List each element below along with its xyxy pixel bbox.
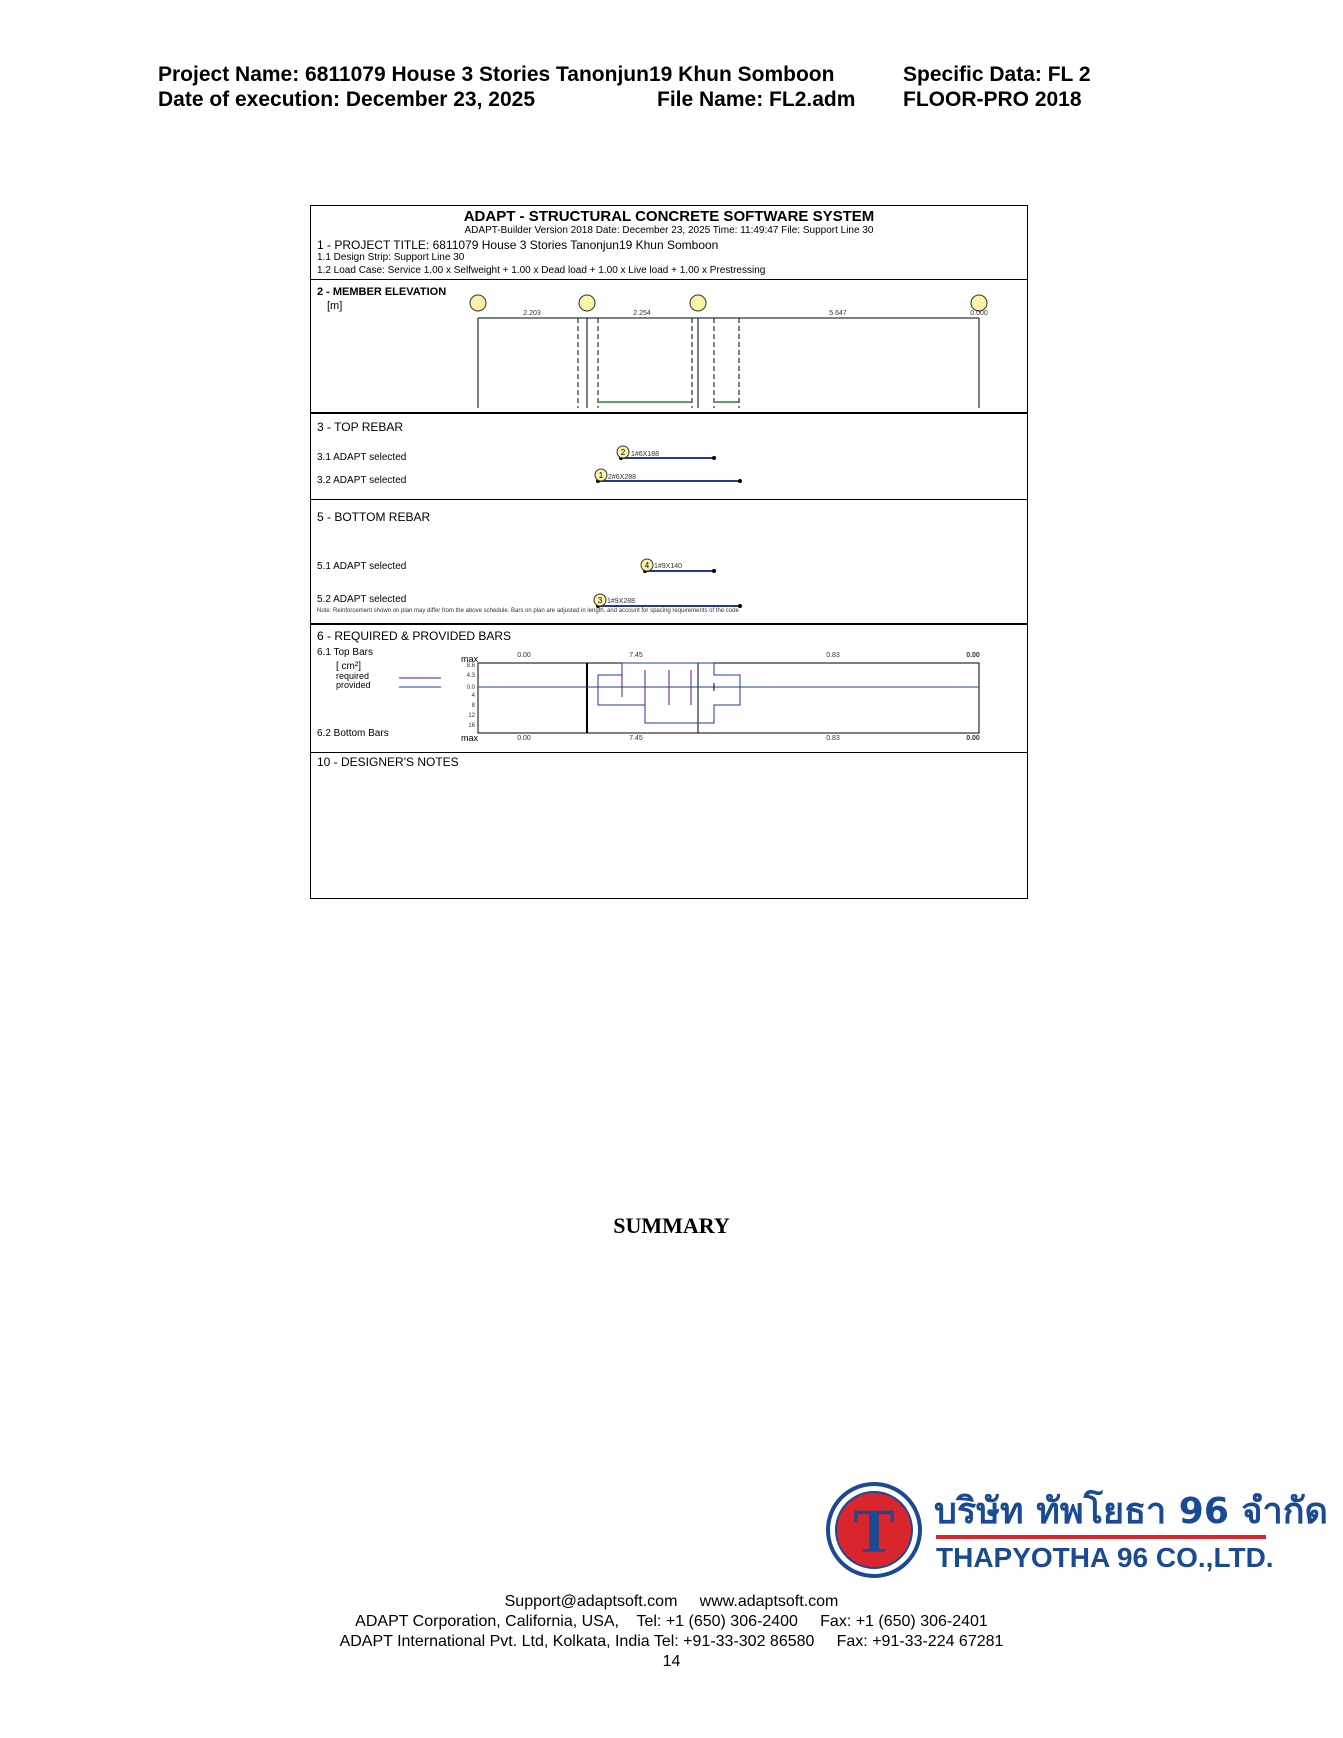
member-elevation-section: 2 - MEMBER ELEVATION [m] 2.203: [311, 280, 1027, 414]
specific-data: Specific Data: FL 2: [903, 62, 1091, 87]
svg-text:7.45: 7.45: [629, 652, 643, 659]
report-subtitle: ADAPT-Builder Version 2018 Date: Decembe…: [311, 225, 1027, 236]
logo-emblem-icon: T: [826, 1480, 926, 1580]
project-name: Project Name: 6811079 House 3 Stories Ta…: [158, 62, 834, 87]
svg-text:0.83: 0.83: [826, 652, 840, 659]
svg-text:4: 4: [472, 693, 476, 699]
svg-text:7.45: 7.45: [629, 735, 643, 742]
project-title: 1 - PROJECT TITLE: 6811079 House 3 Stori…: [317, 238, 718, 252]
svg-text:3: 3: [598, 596, 603, 605]
file-name: File Name: FL2.adm: [657, 87, 855, 112]
bottom-rebar-section: 5 - BOTTOM REBAR 5.1 ADAPT selected 5.2 …: [311, 500, 1027, 625]
svg-text:2.254: 2.254: [633, 310, 651, 317]
svg-text:1#9X140: 1#9X140: [654, 563, 682, 570]
svg-text:0.00: 0.00: [966, 652, 980, 659]
report-title: ADAPT - STRUCTURAL CONCRETE SOFTWARE SYS…: [311, 208, 1027, 225]
svg-text:0.000: 0.000: [970, 310, 988, 317]
svg-text:0.00: 0.00: [517, 652, 531, 659]
company-logo: T บริษัท ทัพโยธา 96 จำกัด THAPYOTHA 96 C…: [826, 1480, 1266, 1580]
svg-text:max: max: [461, 733, 479, 743]
svg-text:8: 8: [472, 703, 476, 709]
svg-text:T: T: [853, 1498, 894, 1566]
footer-contact: Support@adaptsoft.com www.adaptsoft.com: [0, 1592, 1343, 1612]
svg-text:16: 16: [468, 723, 475, 729]
svg-text:0.83: 0.83: [826, 735, 840, 742]
top-rebar-drawing: 2 1#6X188 1 2#6X288: [311, 414, 1029, 500]
logo-divider: [936, 1535, 1266, 1539]
svg-text:2.203: 2.203: [523, 310, 541, 317]
svg-text:1#9X288: 1#9X288: [607, 598, 635, 605]
svg-text:2#6X288: 2#6X288: [608, 474, 636, 481]
svg-text:1: 1: [599, 471, 604, 480]
footer-india: ADAPT International Pvt. Ltd, Kolkata, I…: [0, 1632, 1343, 1652]
page-number: 14: [0, 1652, 1343, 1672]
svg-text:0.0: 0.0: [467, 685, 476, 691]
date-of-execution: Date of execution: December 23, 2025: [158, 87, 535, 112]
design-strip: 1.1 Design Strip: Support Line 30: [317, 252, 464, 263]
svg-text:4: 4: [645, 561, 650, 570]
footer-usa: ADAPT Corporation, California, USA, Tel:…: [0, 1612, 1343, 1632]
svg-text:2: 2: [621, 448, 626, 457]
required-provided-chart: max max 0.007.450.830.000.007.450.830.00…: [311, 625, 1029, 753]
top-rebar-section: 3 - TOP REBAR 3.1 ADAPT selected 3.2 ADA…: [311, 414, 1027, 500]
program-name: FLOOR-PRO 2018: [903, 87, 1082, 112]
member-elevation-drawing: 2.203 2.254 5.647 0.000: [311, 280, 1029, 414]
bottom-rebar-drawing: 4 1#9X140 3 1#9X288: [311, 500, 1029, 625]
svg-text:0.00: 0.00: [966, 735, 980, 742]
designers-notes-heading: 10 - DESIGNER'S NOTES: [317, 755, 459, 769]
summary-heading: SUMMARY: [0, 1213, 1343, 1239]
adapt-report: ADAPT - STRUCTURAL CONCRETE SOFTWARE SYS…: [310, 205, 1028, 899]
svg-text:0.00: 0.00: [517, 735, 531, 742]
load-case: 1.2 Load Case: Service 1.00 x Selfweight…: [317, 265, 765, 276]
designers-notes-section: 10 - DESIGNER'S NOTES: [311, 753, 1027, 900]
report-title-section: ADAPT - STRUCTURAL CONCRETE SOFTWARE SYS…: [311, 206, 1027, 280]
logo-thai-name: บริษัท ทัพโยธา 96 จำกัด: [934, 1482, 1328, 1539]
required-provided-section: 6 - REQUIRED & PROVIDED BARS 6.1 Top Bar…: [311, 625, 1027, 753]
svg-text:8.6: 8.6: [467, 663, 476, 669]
svg-text:12: 12: [468, 713, 475, 719]
svg-text:1#6X188: 1#6X188: [631, 451, 659, 458]
svg-text:4.3: 4.3: [467, 673, 476, 679]
svg-text:5.647: 5.647: [829, 310, 847, 317]
logo-english-name: THAPYOTHA 96 CO.,LTD.: [936, 1542, 1274, 1574]
